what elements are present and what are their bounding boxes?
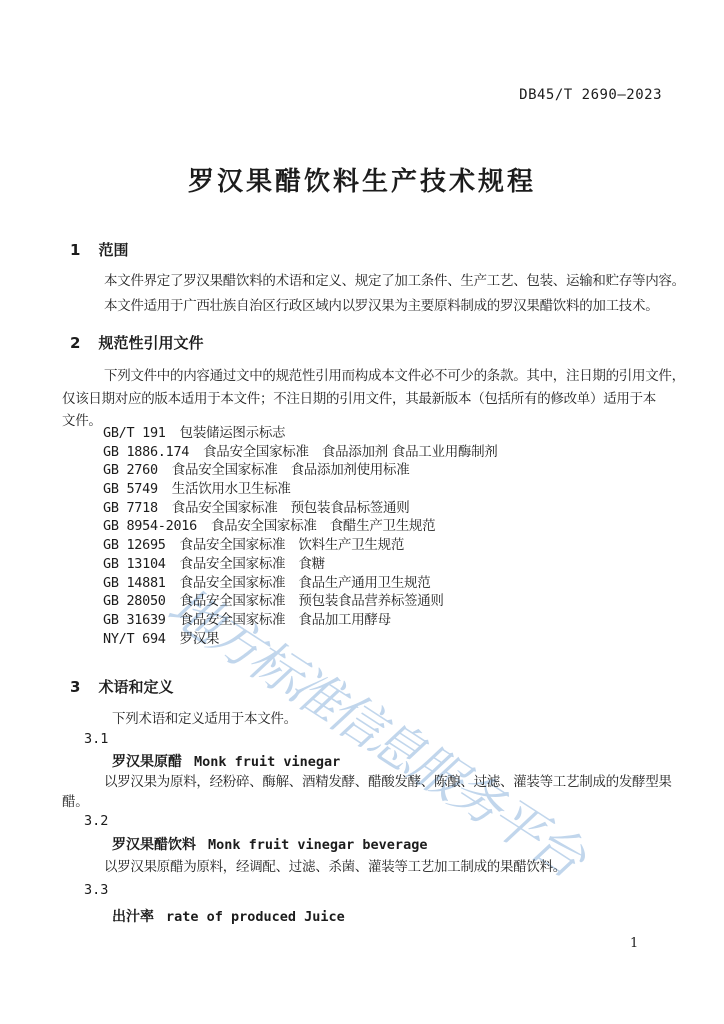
term-number-3-1: 3.1 [84,731,108,747]
ref-title: 食品安全国家标准 食品添加剂 食品工业用酶制剂 [203,444,497,460]
term-3-2-definition-line-1: 以罗汉果原醋为原料，经调配、过滤、杀菌、灌装等工艺加工制成的果醋饮料。 [104,857,566,877]
term-3-1-definition-line-2: 醋。 [62,792,88,812]
ref-code: GB 28050 [103,593,166,609]
ref-title: 食品安全国家标准 食品添加剂使用标准 [172,462,410,478]
ref-code: GB 12695 [103,537,166,553]
scope-paragraph-1: 本文件界定了罗汉果醋饮料的术语和定义、规定了加工条件、生产工艺、包装、运输和贮存… [104,271,685,291]
term-3-3: 出汁率rate of produced Juice [112,906,345,926]
scope-paragraph-2: 本文件适用于广西壮族自治区行政区域内以罗汉果为主要原料制成的罗汉果醋饮料的加工技… [104,296,658,316]
reference-item: GB 1886.174食品安全国家标准 食品添加剂 食品工业用酶制剂 [103,443,498,462]
normative-refs-intro-line-1: 下列文件中的内容通过文中的规范性引用而构成本文件必不可少的条款。其中，注日期的引… [104,366,685,386]
section-2-heading: 2规范性引用文件 [70,332,203,353]
reference-item: NY/T 694罗汉果 [103,630,498,649]
reference-item: GB 31639食品安全国家标准 食品加工用酵母 [103,611,498,630]
reference-item: GB 14881食品安全国家标准 食品生产通用卫生规范 [103,574,498,593]
reference-item: GB 2760食品安全国家标准 食品添加剂使用标准 [103,461,498,480]
ref-title: 食品安全国家标准 预包装食品标签通则 [172,500,410,516]
section-3-number: 3 [70,678,80,696]
document-title: 罗汉果醋饮料生产技术规程 [62,161,662,198]
reference-list: GB/T 191包装储运图示标志 GB 1886.174食品安全国家标准 食品添… [103,424,498,648]
reference-item: GB/T 191包装储运图示标志 [103,424,498,443]
reference-item: GB 7718食品安全国家标准 预包装食品标签通则 [103,499,498,518]
section-2-title: 规范性引用文件 [98,334,203,352]
ref-code: GB 1886.174 [103,444,189,460]
ref-code: GB 8954-2016 [103,518,197,534]
term-number-3-2: 3.2 [84,813,108,829]
ref-code: GB/T 191 [103,425,166,441]
term-name-en: Monk fruit vinegar [194,754,340,770]
page-number: 1 [630,936,638,951]
ref-code: GB 31639 [103,612,166,628]
term-name-en: Monk fruit vinegar beverage [208,837,427,853]
document-page: 地方标准信息服务平台 DB45/T 2690—2023 罗汉果醋饮料生产技术规程… [0,0,724,1024]
ref-title: 生活饮用水卫生标准 [172,481,291,497]
section-2-number: 2 [70,334,80,352]
ref-title: 食品安全国家标准 食品加工用酵母 [180,612,391,628]
normative-refs-intro-line-2: 仅该日期对应的版本适用于本文件；不注日期的引用文件，其最新版本（包括所有的修改单… [62,389,656,409]
ref-title: 食品安全国家标准 预包装食品营养标签通则 [180,593,444,609]
section-1-title: 范围 [98,241,128,259]
reference-item: GB 28050食品安全国家标准 预包装食品营养标签通则 [103,592,498,611]
standard-code-header: DB45/T 2690—2023 [62,87,662,103]
term-name-zh: 出汁率 [112,909,154,925]
term-number-3-3: 3.3 [84,882,108,898]
terms-intro: 下列术语和定义适用于本文件。 [112,709,297,729]
ref-code: GB 7718 [103,500,158,516]
term-3-1: 罗汉果原醋Monk fruit vinegar [112,751,340,771]
ref-title: 食品安全国家标准 食品生产通用卫生规范 [180,575,431,591]
ref-code: GB 13104 [103,556,166,572]
section-1-number: 1 [70,241,80,259]
ref-title: 罗汉果 [180,631,220,647]
reference-item: GB 13104食品安全国家标准 食糖 [103,555,498,574]
ref-title: 食品安全国家标准 饮料生产卫生规范 [180,537,404,553]
ref-code: NY/T 694 [103,631,166,647]
ref-code: GB 5749 [103,481,158,497]
ref-code: GB 2760 [103,462,158,478]
term-name-zh: 罗汉果原醋 [112,754,182,770]
ref-title: 食品安全国家标准 食糖 [180,556,325,572]
term-3-1-definition-line-1: 以罗汉果为原料，经粉碎、酶解、酒精发酵、醋酸发酵、陈酿、过滤、灌装等工艺制成的发… [104,772,672,792]
section-1-heading: 1范围 [70,239,128,260]
reference-item: GB 12695食品安全国家标准 饮料生产卫生规范 [103,536,498,555]
term-3-2: 罗汉果醋饮料Monk fruit vinegar beverage [112,834,427,854]
ref-code: GB 14881 [103,575,166,591]
reference-item: GB 5749生活饮用水卫生标准 [103,480,498,499]
section-3-heading: 3术语和定义 [70,676,173,697]
ref-title: 包装储运图示标志 [180,425,286,441]
term-name-zh: 罗汉果醋饮料 [112,837,196,853]
reference-item: GB 8954-2016食品安全国家标准 食醋生产卫生规范 [103,517,498,536]
term-name-en: rate of produced Juice [166,909,345,925]
ref-title: 食品安全国家标准 食醋生产卫生规范 [211,518,435,534]
section-3-title: 术语和定义 [98,678,173,696]
normative-refs-intro-line-3: 文件。 [62,411,102,431]
